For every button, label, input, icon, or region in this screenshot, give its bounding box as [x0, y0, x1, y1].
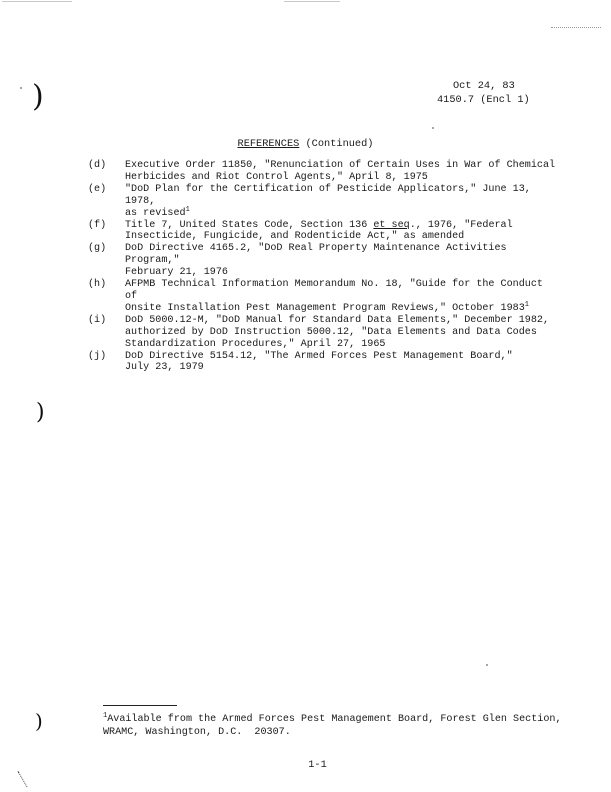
reference-text: Executive Order 11850, "Renunciation of …: [125, 160, 558, 184]
reference-tag: (i): [88, 315, 125, 351]
scan-speck: [432, 127, 434, 129]
reference-text: DoD 5000.12-M, "DoD Manual for Standard …: [125, 315, 558, 351]
reference-text: Title 7, United States Code, Section 136…: [125, 220, 558, 244]
document-header: Oct 24, 83 4150.7 (Encl 1): [437, 79, 530, 107]
document-date: Oct 24, 83: [437, 79, 530, 93]
reference-text: "DoD Plan for the Certification of Pesti…: [125, 184, 558, 220]
scan-speck: [486, 664, 488, 666]
section-title-suffix: (Continued): [299, 138, 373, 150]
latin-term: et seq: [373, 220, 409, 231]
scan-edge-line-left: [2, 1, 72, 2]
reference-item-j: (j) DoD Directive 5154.12, "The Armed Fo…: [88, 351, 558, 375]
page-number: 1-1: [0, 759, 611, 771]
footnote-line-2: WRAMC, Washington, D.C. 20307.: [103, 726, 563, 739]
scan-streak: [18, 771, 29, 788]
footnote-marker: 1: [525, 301, 529, 309]
reference-list: (d) Executive Order 11850, "Renunciation…: [88, 160, 558, 374]
footnote-line-1: Available from the Armed Forces Pest Man…: [107, 714, 561, 725]
reference-tag: (e): [88, 184, 125, 220]
section-title: REFERENCES (Continued): [0, 138, 611, 150]
scan-edge-line-right: [284, 1, 340, 2]
reference-item-d: (d) Executive Order 11850, "Renunciation…: [88, 160, 558, 184]
scan-speck: [20, 87, 22, 89]
punch-hole-mark-middle: ): [36, 402, 45, 424]
reference-item-i: (i) DoD 5000.12-M, "DoD Manual for Stand…: [88, 315, 558, 351]
reference-tag: (g): [88, 243, 125, 279]
reference-tag: (f): [88, 220, 125, 244]
reference-item-g: (g) DoD Directive 4165.2, "DoD Real Prop…: [88, 243, 558, 279]
scan-edge-mark: [551, 27, 601, 29]
reference-tag: (d): [88, 160, 125, 184]
reference-tag: (j): [88, 351, 125, 375]
reference-item-h: (h) AFPMB Technical Information Memorand…: [88, 279, 558, 315]
reference-text: DoD Directive 4165.2, "DoD Real Property…: [125, 243, 558, 279]
footnote-marker: 1: [186, 206, 190, 214]
reference-item-f: (f) Title 7, United States Code, Section…: [88, 220, 558, 244]
punch-hole-mark-bottom: ): [35, 711, 43, 731]
reference-item-e: (e) "DoD Plan for the Certification of P…: [88, 184, 558, 220]
reference-tag: (h): [88, 279, 125, 315]
reference-text: AFPMB Technical Information Memorandum N…: [125, 279, 558, 315]
footnote: 1Available from the Armed Forces Pest Ma…: [103, 713, 563, 739]
document-id: 4150.7 (Encl 1): [437, 93, 530, 107]
footnote-divider: [103, 705, 177, 706]
punch-hole-mark-top: ): [32, 82, 44, 112]
section-title-main: REFERENCES: [238, 138, 300, 150]
reference-text: DoD Directive 5154.12, "The Armed Forces…: [125, 351, 558, 375]
